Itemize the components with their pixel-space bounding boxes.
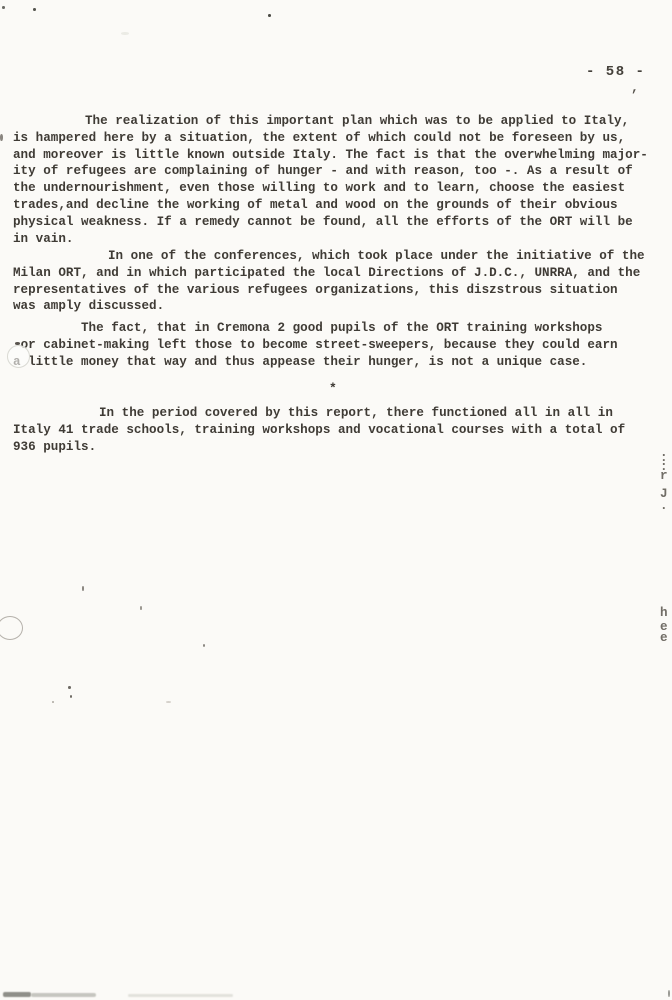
text-line: representatives of the various refugees …	[13, 282, 668, 299]
bottom-smudge	[31, 993, 96, 997]
speck	[203, 644, 205, 647]
speck	[52, 701, 54, 703]
paragraph-1: The realization of this important plan w…	[13, 113, 668, 247]
paragraph-2: In one of the conferences, which took pl…	[13, 248, 668, 315]
text-line: Milan ORT, and in which participated the…	[13, 265, 668, 282]
speck	[33, 8, 36, 11]
speck	[68, 686, 71, 689]
text-line: 936 pupils.	[13, 439, 668, 456]
edge-fragment: .	[660, 499, 668, 513]
text-line: The fact, that in Cremona 2 good pupils …	[13, 320, 668, 337]
document-page: - 58 - , The realization of this importa…	[0, 0, 672, 1000]
text-line: ity of refugees are complaining of hunge…	[13, 163, 668, 180]
speck	[82, 586, 84, 591]
speck	[166, 701, 171, 703]
text-line: and moreover is little known outside Ita…	[13, 147, 668, 164]
stray-comma-mark: ,	[631, 80, 639, 95]
speck	[668, 990, 670, 997]
speck	[2, 6, 5, 9]
text-line: In the period covered by this report, th…	[13, 405, 668, 422]
speck	[140, 606, 142, 610]
speck	[70, 695, 72, 698]
edge-fragment: r	[660, 469, 668, 483]
bottom-smudge	[3, 992, 31, 997]
text-line: is hampered here by a situation, the ext…	[13, 130, 668, 147]
speck	[121, 32, 129, 35]
circle-pencil-mark	[0, 616, 23, 640]
text-line: for cabinet-making left those to become …	[13, 337, 668, 354]
page-number: - 58 -	[586, 64, 645, 80]
text-line: the undernourishment, even those willing…	[13, 180, 668, 197]
asterisk-separator: *	[329, 381, 337, 396]
text-line: Italy 41 trade schools, training worksho…	[13, 422, 668, 439]
torn-letter-fragment	[15, 342, 20, 345]
paragraph-4: In the period covered by this report, th…	[13, 405, 668, 455]
bottom-smudge	[128, 994, 233, 997]
edge-fragment: h	[660, 606, 668, 620]
text-line: a little money that way and thus appease…	[13, 354, 668, 371]
speck	[0, 134, 3, 141]
text-line: trades,and decline the working of metal …	[13, 197, 668, 214]
text-line: was amply discussed.	[13, 298, 668, 315]
text-line: In one of the conferences, which took pl…	[13, 248, 668, 265]
speck	[268, 14, 271, 17]
punch-hole	[7, 345, 30, 368]
text-line: physical weakness. If a remedy cannot be…	[13, 214, 668, 231]
text-line: The realization of this important plan w…	[13, 113, 668, 130]
edge-fragment: e	[660, 631, 668, 645]
paragraph-3: The fact, that in Cremona 2 good pupils …	[13, 320, 668, 370]
text-line: in vain.	[13, 231, 668, 248]
